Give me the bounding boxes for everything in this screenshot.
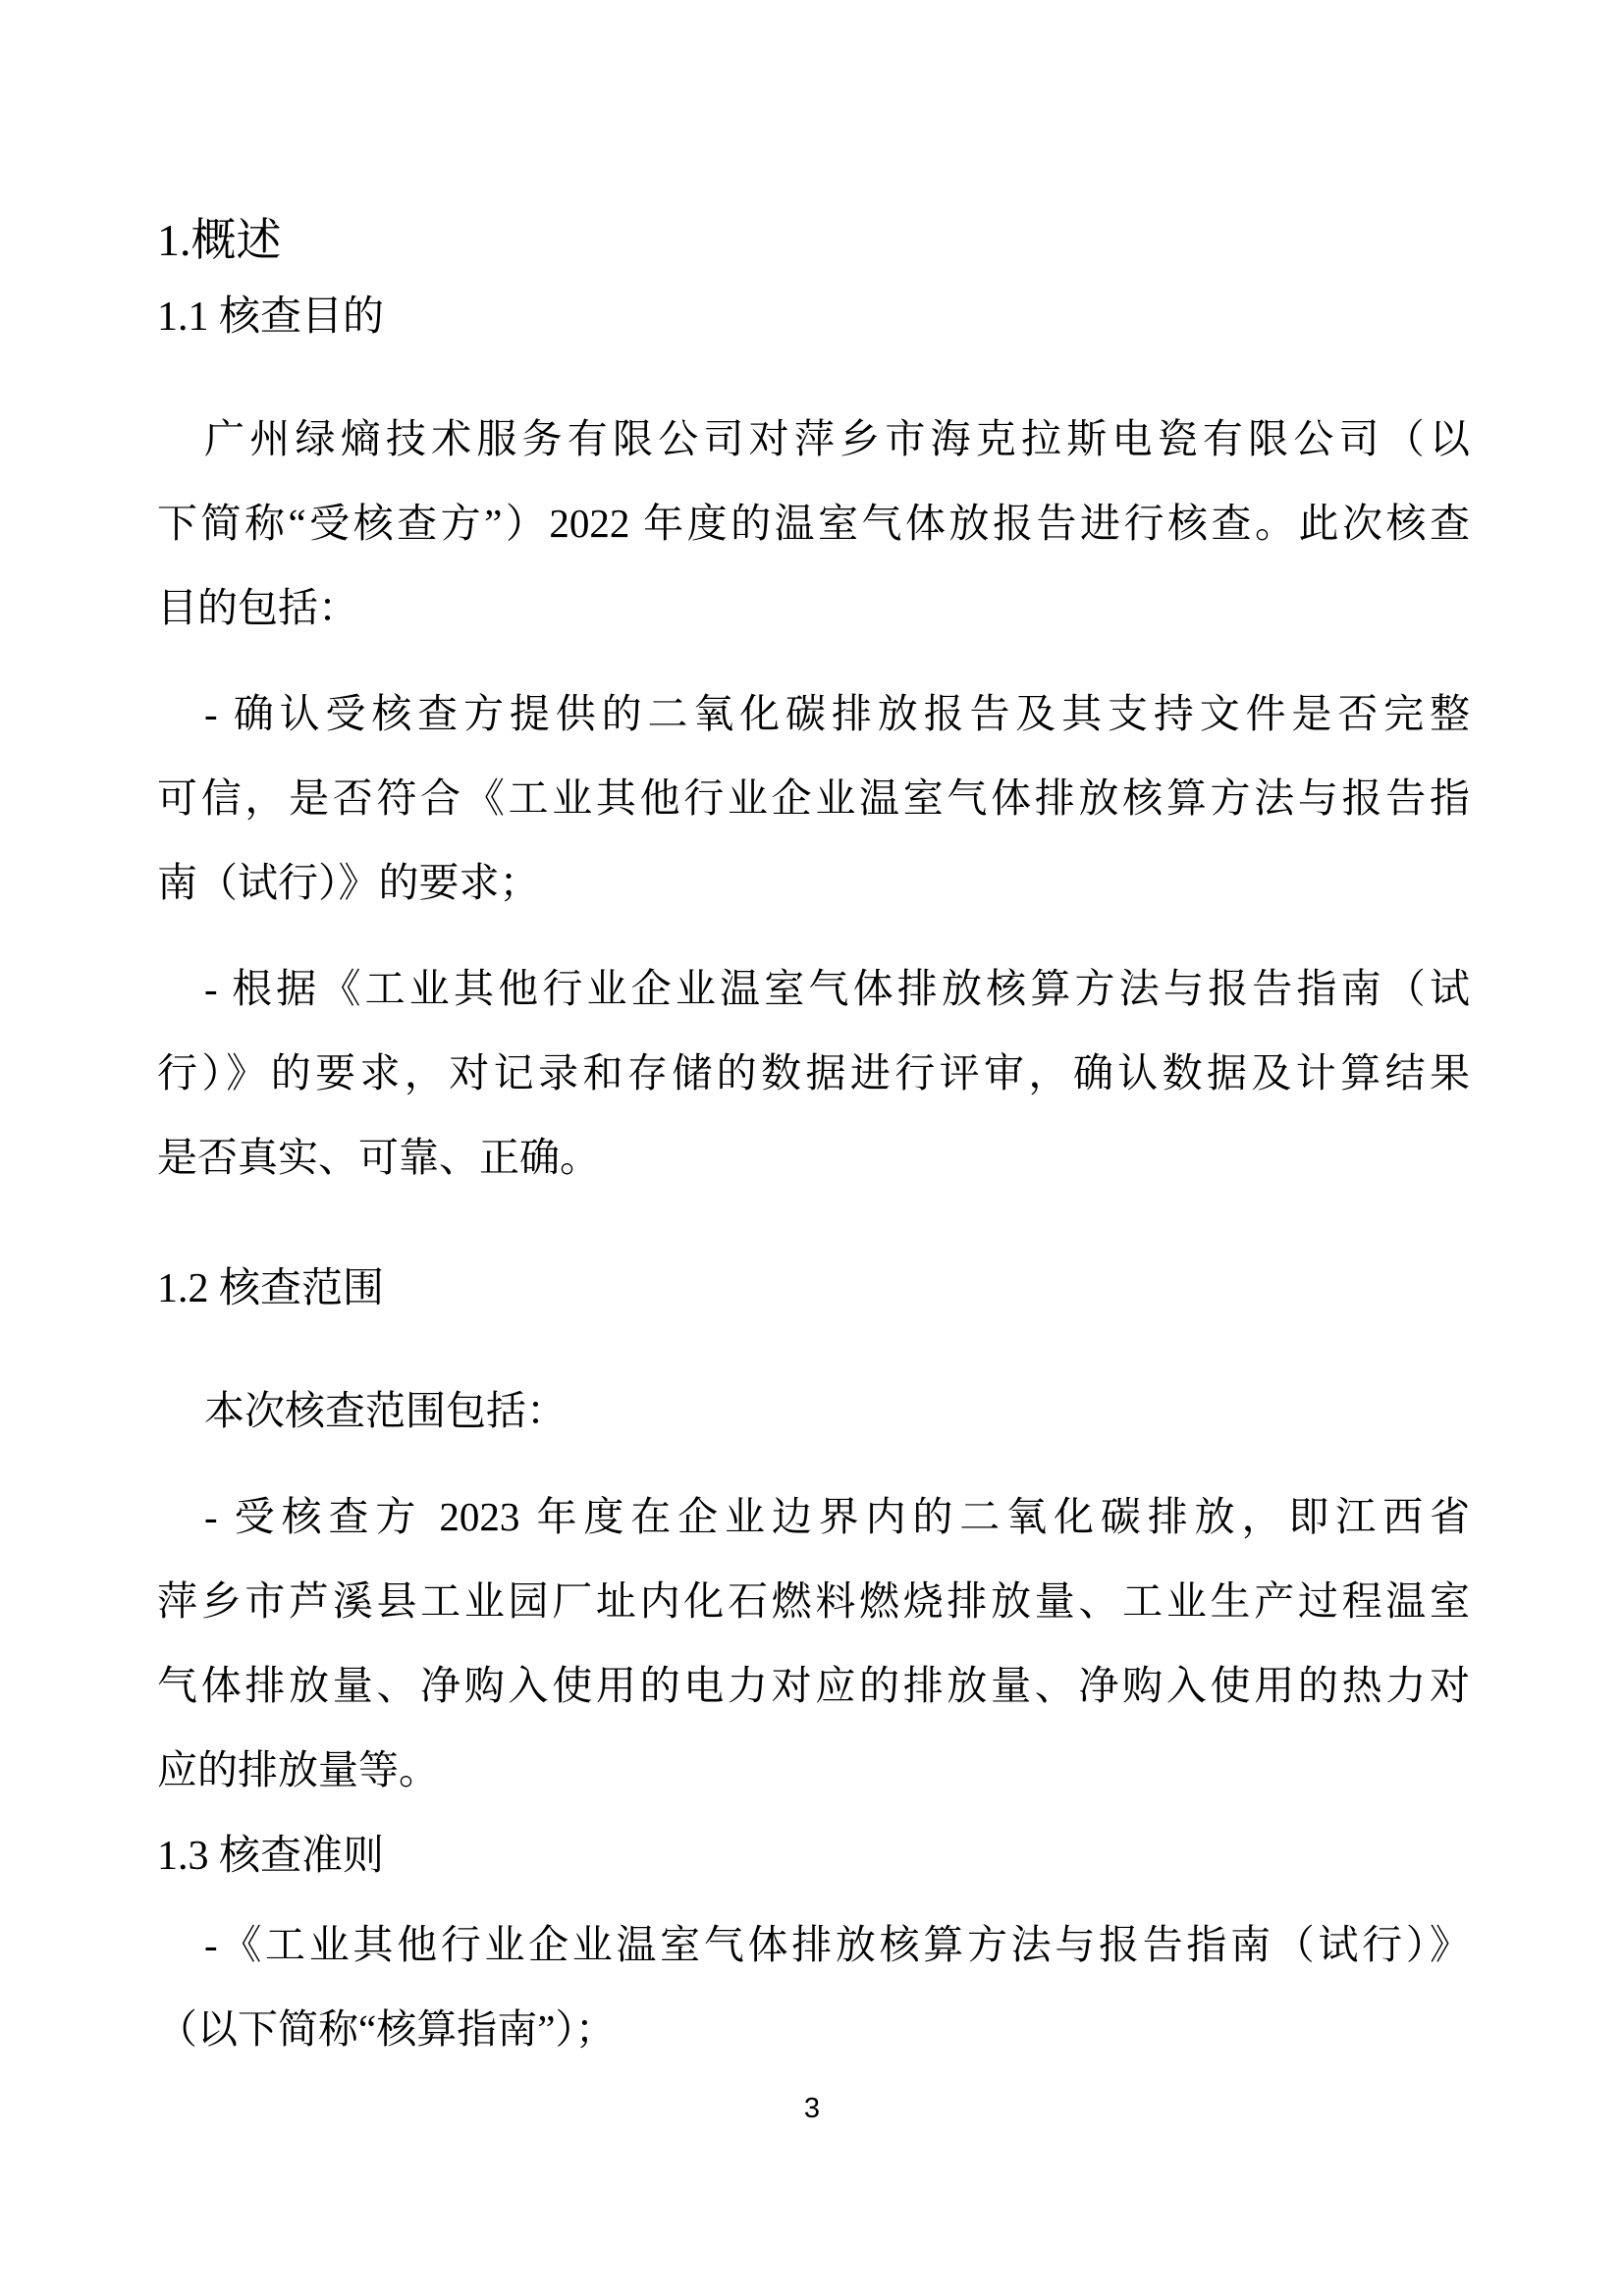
paragraph-line: 目的包括：: [157, 565, 1470, 650]
page-footer: 3: [0, 2089, 1624, 2128]
subsection-heading: 1.2 核查范围: [157, 1256, 1470, 1321]
paragraph: - 确认受核查方提供的二氧化碳排放报告及其支持文件是否完整可信，是否符合《工业其…: [157, 671, 1470, 925]
paragraph-line: 应的排放量等。: [157, 1728, 1470, 1812]
paragraph: -《工业其他行业企业温室气体排放核算方法与报告指南（试行）》（以下简称“核算指南…: [157, 1902, 1470, 2071]
paragraph-line: 气体排放量、净购入使用的电力对应的排放量、净购入使用的热力对: [157, 1643, 1470, 1728]
paragraph-line: - 受核查方 2023 年度在企业边界内的二氧化碳排放，即江西省: [157, 1474, 1470, 1559]
paragraph-line: - 根据《工业其他行业企业温室气体排放核算方法与报告指南（试: [157, 946, 1470, 1031]
paragraph-line: 广州绿熵技术服务有限公司对萍乡市海克拉斯电瓷有限公司（以: [157, 397, 1470, 481]
subsection-heading: 1.3 核查准则: [157, 1824, 1470, 1889]
paragraph: 广州绿熵技术服务有限公司对萍乡市海克拉斯电瓷有限公司（以下简称“受核查方”）20…: [157, 397, 1470, 650]
paragraph-line: 本次核查范围包括：: [157, 1368, 1470, 1453]
paragraph-line: - 确认受核查方提供的二氧化碳排放报告及其支持文件是否完整: [157, 671, 1470, 756]
paragraph-line: -《工业其他行业企业温室气体排放核算方法与报告指南（试行）》: [157, 1902, 1470, 1987]
paragraph-line: 行）》的要求，对记录和存储的数据进行评审，确认数据及计算结果: [157, 1031, 1470, 1115]
paragraph-line: 可信，是否符合《工业其他行业企业温室气体排放核算方法与报告指: [157, 756, 1470, 840]
paragraph: - 根据《工业其他行业企业温室气体排放核算方法与报告指南（试行）》的要求，对记录…: [157, 946, 1470, 1200]
paragraph-line: 萍乡市芦溪县工业园厂址内化石燃料燃烧排放量、工业生产过程温室: [157, 1559, 1470, 1643]
paragraph-line: 是否真实、可靠、正确。: [157, 1115, 1470, 1200]
paragraph: 本次核查范围包括：: [157, 1368, 1470, 1453]
paragraph-line: 下简称“受核查方”）2022 年度的温室气体放报告进行核查。此次核查: [157, 481, 1470, 565]
subsection-heading: 1.1 核查目的: [157, 285, 1470, 349]
section-heading: 1.概述: [157, 208, 1470, 273]
paragraph-line: 南（试行）》的要求；: [157, 840, 1470, 925]
paragraph: - 受核查方 2023 年度在企业边界内的二氧化碳排放，即江西省萍乡市芦溪县工业…: [157, 1474, 1470, 1812]
document-content: 1.概述1.1 核查目的广州绿熵技术服务有限公司对萍乡市海克拉斯电瓷有限公司（以…: [157, 208, 1470, 2093]
page-number: 3: [804, 2093, 820, 2124]
paragraph-line: （以下简称“核算指南”）；: [157, 1987, 1470, 2071]
document-page: 1.概述1.1 核查目的广州绿熵技术服务有限公司对萍乡市海克拉斯电瓷有限公司（以…: [0, 0, 1624, 2296]
